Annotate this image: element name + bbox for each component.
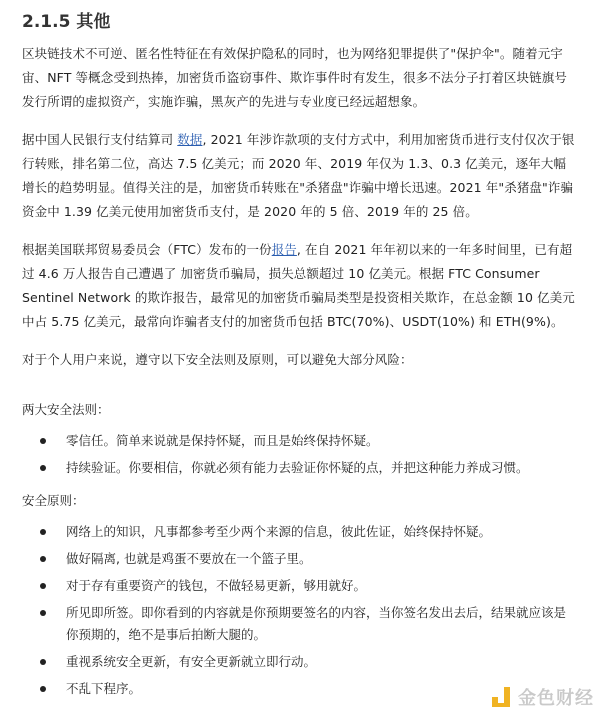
list-item-text: 做好隔离, 也就是鸡蛋不要放在一个篮子里。 [66, 551, 311, 566]
bullet-icon [40, 438, 46, 444]
list-item: 对于存有重要资产的钱包，不做轻易更新，够用就好。 [66, 575, 578, 597]
list-item-text: 不乱下程序。 [66, 681, 141, 696]
list-item-text: 持续验证。你要相信，你就必须有能力去验证你怀疑的点，并把这种能力养成习惯。 [66, 460, 529, 475]
watermark: 金色财经 [492, 684, 594, 710]
bullet-icon [40, 610, 46, 616]
paragraph-intro: 区块链技术不可逆、匿名性特征在有效保护隐私的同时，也为网络犯罪提供了"保护伞"。… [22, 42, 578, 114]
rules-label: 两大安全法则： [22, 398, 578, 422]
list-item: 零信任。简单来说就是保持怀疑，而且是始终保持怀疑。 [66, 430, 578, 452]
paragraph-pboc-data: 据中国人民银行支付结算司 数据, 2021 年涉诈款项的支付方式中，利用加密货币… [22, 128, 578, 224]
paragraph-advice: 对于个人用户来说，遵守以下安全法则及原则，可以避免大部分风险： [22, 348, 578, 372]
paragraph-text: 根据美国联邦贸易委员会（FTC）发布的一份 [22, 242, 272, 257]
data-link[interactable]: 数据 [177, 132, 202, 147]
list-item-text: 对于存有重要资产的钱包，不做轻易更新，够用就好。 [66, 578, 366, 593]
principles-label: 安全原则： [22, 489, 578, 513]
list-item-text: 所见即所签。即你看到的内容就是你预期要签名的内容，当你签名发出去后，结果就应该是… [66, 605, 566, 642]
watermark-text: 金色财经 [518, 684, 594, 710]
paragraph-ftc-report: 根据美国联邦贸易委员会（FTC）发布的一份报告, 在自 2021 年年初以来的一… [22, 238, 578, 334]
paragraph-text: 据中国人民银行支付结算司 [22, 132, 177, 147]
bullet-icon [40, 583, 46, 589]
principles-list: 网络上的知识，凡事都参考至少两个来源的信息，彼此佐证，始终保持怀疑。 做好隔离,… [22, 521, 578, 700]
bullet-icon [40, 556, 46, 562]
list-item: 重视系统安全更新，有安全更新就立即行动。 [66, 651, 578, 673]
list-item-text: 网络上的知识，凡事都参考至少两个来源的信息，彼此佐证，始终保持怀疑。 [66, 524, 491, 539]
bullet-icon [40, 529, 46, 535]
list-item-text: 零信任。简单来说就是保持怀疑，而且是始终保持怀疑。 [66, 433, 379, 448]
bullet-icon [40, 465, 46, 471]
list-item: 持续验证。你要相信，你就必须有能力去验证你怀疑的点，并把这种能力养成习惯。 [66, 457, 578, 479]
bullet-icon [40, 659, 46, 665]
list-item-text: 重视系统安全更新，有安全更新就立即行动。 [66, 654, 316, 669]
article-body: 2.1.5 其他 区块链技术不可逆、匿名性特征在有效保护隐私的同时，也为网络犯罪… [0, 0, 600, 700]
rules-list: 零信任。简单来说就是保持怀疑，而且是始终保持怀疑。 持续验证。你要相信，你就必须… [22, 430, 578, 479]
section-title: 2.1.5 其他 [22, 0, 578, 42]
bullet-icon [40, 686, 46, 692]
list-item: 网络上的知识，凡事都参考至少两个来源的信息，彼此佐证，始终保持怀疑。 [66, 521, 578, 543]
jinse-logo-icon [492, 687, 512, 707]
list-item: 所见即所签。即你看到的内容就是你预期要签名的内容，当你签名发出去后，结果就应该是… [66, 602, 578, 646]
report-link[interactable]: 报告 [272, 242, 297, 257]
list-item: 做好隔离, 也就是鸡蛋不要放在一个篮子里。 [66, 548, 578, 570]
